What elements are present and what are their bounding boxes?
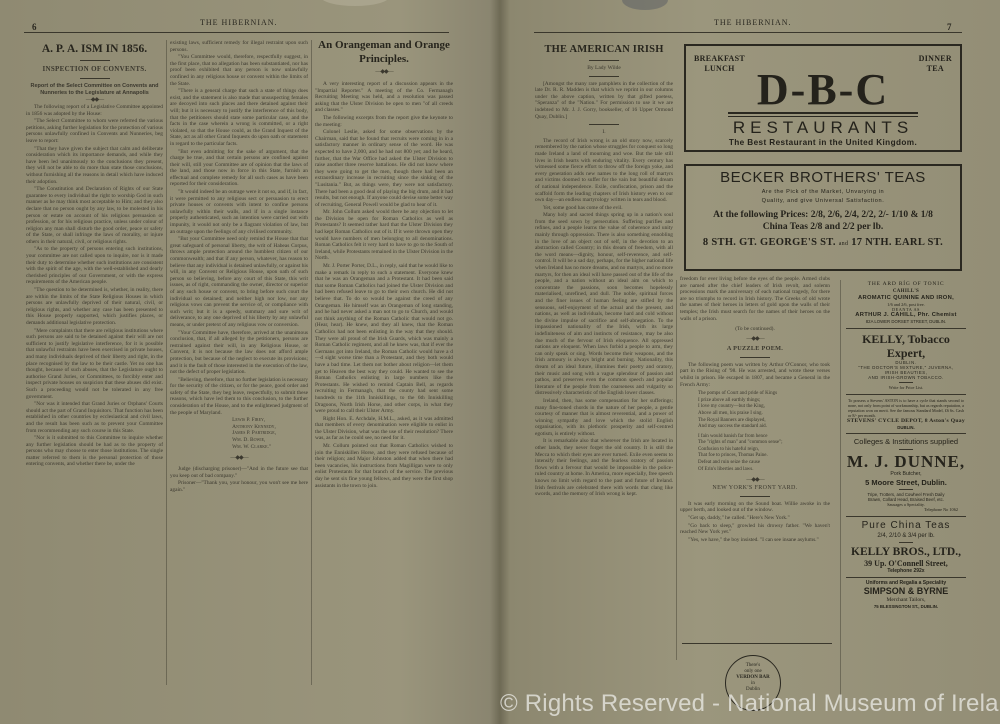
article-apa-ism: A. P. A. ISM IN 1856. INSPECTION OF CONV… bbox=[26, 40, 163, 720]
ad-kelly-bros: Pure China Teas 2/4, 2/10 & 3/4 per lb. … bbox=[846, 517, 966, 578]
divider bbox=[899, 489, 913, 490]
continued-note: (To be continued). bbox=[680, 326, 830, 333]
poem-line: The "rights of man" and "common sense"; bbox=[680, 440, 830, 447]
dbc-underline bbox=[728, 112, 918, 117]
becker-address: 8 STH. GT. GEORGE'S ST. and 17 NTH. EARL… bbox=[686, 236, 960, 251]
page-7: THE HIBERNIAN. 7 THE AMERICAN IRISH By L… bbox=[502, 0, 1000, 724]
headline: A. P. A. ISM IN 1856. bbox=[26, 42, 163, 56]
paragraph: The following report of a Legislative Co… bbox=[26, 104, 163, 117]
paragraph: "Your Committee have, therefore, arrived… bbox=[170, 330, 308, 376]
paragraph: "Believing, therefore, that no further l… bbox=[170, 377, 308, 417]
deck: Report of the Select Committee on Conven… bbox=[26, 83, 163, 96]
simpson-address: 75 BLESSINGTON ST., DUBLIN. bbox=[846, 604, 966, 609]
poem-line: Defeat and ruin seize the cause bbox=[680, 460, 830, 467]
running-head: THE HIBERNIAN. bbox=[714, 18, 792, 27]
section-rule bbox=[682, 643, 832, 644]
stevens-city: DUBLIN. bbox=[846, 425, 966, 430]
paragraph: "There is a general charge that such a s… bbox=[170, 88, 308, 147]
paragraph: Ireland, then, has some compensation for… bbox=[535, 398, 673, 438]
stevens-name: STEVENS' CYCLE DEPOT, 8 Aston's Quay bbox=[846, 418, 966, 425]
kelly-price-list: Write for Price List. bbox=[846, 385, 966, 390]
dbc-logo: D-B-C bbox=[686, 68, 960, 112]
paragraph: The record of Irish wrong is an old stor… bbox=[535, 138, 673, 204]
paragraph: Yet, some good has come of the evil. bbox=[535, 205, 673, 212]
poem-line: And may success the standard aid. bbox=[680, 424, 830, 431]
article-continued: freedom for ever living before the eyes … bbox=[680, 276, 830, 656]
cahill-name: CAHILL'S bbox=[846, 288, 966, 295]
ads-column: THE ARD RÍG OF TONIC CAHILL'S AROMATIC Q… bbox=[846, 278, 966, 612]
divider bbox=[80, 60, 110, 61]
label-dinner: DINNER bbox=[919, 54, 952, 64]
paragraph: A very interesting report of a discussio… bbox=[315, 81, 453, 114]
paragraph: It was early morning on the Sound boat. … bbox=[680, 501, 830, 514]
paragraph: Right Hon. E. Archdale, H.M.L., asked, a… bbox=[315, 416, 453, 442]
poem-line: That foe to princes, Thomas Paine. bbox=[680, 453, 830, 460]
header-rule bbox=[24, 32, 449, 33]
paper-stain bbox=[320, 0, 390, 6]
dunne-phone: Telephone No 1062 bbox=[846, 507, 966, 512]
becker-sub: Are the Pick of the Market, Unvarying in bbox=[686, 189, 960, 196]
joke-line: Judge (discharging prisoner)—"And in the… bbox=[170, 466, 308, 479]
kelly-name: KELLY, Tobacco Expert, bbox=[846, 332, 966, 360]
paragraph: "But your Committee need only remind the… bbox=[170, 236, 308, 328]
signatory: Wm. D. Bowie, bbox=[170, 437, 308, 444]
paragraph: "Nor was it intended that Grand Juries o… bbox=[26, 401, 163, 434]
ad-dbc-restaurants: BREAKFAST LUNCH DINNER TEA D-B-C RESTAUR… bbox=[684, 44, 962, 152]
becker-china: China Teas 2/8 and 2/2 per lb. bbox=[686, 221, 960, 233]
paragraph: "But even admitting for the sake of argu… bbox=[170, 149, 308, 189]
paragraph: Many holy and sacred things spring up in… bbox=[535, 212, 673, 397]
paragraph: Mr. Collum pointed out that Roman Cathol… bbox=[315, 443, 453, 489]
becker-prices: At the following Prices: 2/8, 2/6, 2/4, … bbox=[686, 209, 960, 221]
paragraph: Mr. J. Porter Porter, D.L., in reply, sa… bbox=[315, 263, 453, 415]
paragraph: "The Constitution and Declaration of Rig… bbox=[26, 186, 163, 245]
stevens-body: To possess a Stevens' ASTON is to have a… bbox=[846, 398, 966, 418]
poem-intro: The following poem was written by Arthur… bbox=[680, 362, 830, 388]
poem-line: I fain would banish far from hence bbox=[680, 434, 830, 441]
simpson-name: SIMPSON & BYRNE bbox=[846, 586, 966, 597]
ornament: —◆◆— bbox=[315, 68, 453, 76]
dunne-colleges: Colleges & Institutions supplied bbox=[846, 437, 966, 447]
ornament: —◆◆— bbox=[680, 476, 830, 484]
running-head: THE HIBERNIAN. bbox=[200, 18, 278, 27]
article-orangeman: An Orangeman and Orange Principles. —◆◆—… bbox=[315, 38, 453, 718]
simpson-trade: Merchant Tailors, bbox=[846, 597, 966, 604]
paragraph: Mr. John Collum asked would there be any… bbox=[315, 209, 453, 262]
signatory: Lewis P. Firey, bbox=[170, 417, 308, 424]
paragraph: freedom for ever living before the eyes … bbox=[680, 276, 830, 322]
newspaper-spread: 6 THE HIBERNIAN. A. P. A. ISM IN 1856. I… bbox=[0, 0, 1000, 724]
paragraph: "The question to be determined is, wheth… bbox=[26, 287, 163, 327]
kelly-product: AND IRISH-GROWN TOBACCO. bbox=[846, 375, 966, 380]
becker-address-2: 17 NTH. EARL ST. bbox=[851, 237, 943, 248]
article-apa-ism-continued: existing laws, sufficient remedy for ill… bbox=[170, 40, 308, 720]
becker-sub: Quality, and give Universal Satisfaction… bbox=[686, 198, 960, 205]
divider bbox=[899, 382, 913, 383]
paragraph: "It would indeed be an outrage were it n… bbox=[170, 189, 308, 235]
becker-address-1: 8 STH. GT. GEORGE'S ST. bbox=[703, 237, 836, 248]
becker-title: BECKER BROTHERS' TEAS bbox=[686, 166, 960, 187]
ad-cahill: THE ARD RÍG OF TONIC CAHILL'S AROMATIC Q… bbox=[846, 278, 966, 329]
paragraph: "As to the property of persons entering … bbox=[26, 246, 163, 286]
poem-line: The pomps of Court and pride of Kings bbox=[680, 391, 830, 398]
paragraph: Colonel Leslie, asked for some observati… bbox=[315, 129, 453, 208]
signatory: James P. Partridge, bbox=[170, 430, 308, 437]
paragraph: existing laws, sufficient remedy for ill… bbox=[170, 40, 308, 53]
divider bbox=[80, 78, 110, 79]
cahill-product: AROMATIC QUININE AND IRON, bbox=[846, 295, 966, 302]
page-6: 6 THE HIBERNIAN. A. P. A. ISM IN 1856. I… bbox=[0, 0, 498, 724]
cahill-chemist: ARTHUR J. CAHILL, Phr. Chemist bbox=[846, 312, 966, 319]
joke-line: Prisoner—"Thank you, your honour, you wo… bbox=[170, 480, 308, 493]
poem-line: The Royal Banners are displayed, bbox=[680, 418, 830, 425]
page-number: 6 bbox=[32, 22, 37, 32]
byline: By Lady Wilde bbox=[535, 65, 673, 72]
paragraph: The following excerpts from the report g… bbox=[315, 115, 453, 128]
editorial-intro: [Amongst the many rare pamphlets in the … bbox=[535, 81, 673, 121]
cahill-tonic: THE ARD RÍG OF TONIC bbox=[846, 281, 966, 288]
ad-becker-teas: BECKER BROTHERS' TEAS Are the Pick of th… bbox=[684, 164, 962, 271]
paragraph: "Mere complaints that there are religiou… bbox=[26, 328, 163, 401]
divider bbox=[589, 76, 619, 77]
poem-line: Above all men, his praise I sing. bbox=[680, 411, 830, 418]
paragraph: "Get up, daddy," he called. "Here's New … bbox=[680, 515, 830, 522]
ad-dunne: Colleges & Institutions supplied M. J. D… bbox=[846, 434, 966, 517]
dbc-restaurants: RESTAURANTS bbox=[686, 119, 960, 137]
paragraph: "That they have given the subject that c… bbox=[26, 146, 163, 186]
kellybros-product: Pure China Teas bbox=[846, 520, 966, 532]
paper-stain bbox=[622, 0, 668, 10]
ad-simpson-byrne: Uniforms and Regalia a Speciality SIMPSO… bbox=[846, 578, 966, 612]
ornament: —◆◆— bbox=[680, 335, 830, 343]
ornament: —◆◆— bbox=[26, 96, 163, 104]
section-number: I. bbox=[535, 129, 673, 136]
paragraph: "You Committee would, therefore, respect… bbox=[170, 54, 308, 87]
becker-and: and bbox=[839, 241, 849, 247]
ornament: —◆◆— bbox=[170, 454, 308, 462]
divider bbox=[899, 542, 913, 543]
divider bbox=[589, 124, 619, 125]
header-rule bbox=[534, 32, 962, 33]
headline: THE AMERICAN IRISH bbox=[535, 43, 673, 56]
dbc-tagline: The Best Restaurant in the United Kingdo… bbox=[686, 138, 960, 147]
dunne-address: 5 Moore Street, Dublin. bbox=[846, 478, 966, 487]
paragraph: "The Select Committee to whom were refer… bbox=[26, 118, 163, 144]
paragraph: "Go back to sleep," growled his drowsy f… bbox=[680, 523, 830, 536]
signatory: Wm. W. Clarke." bbox=[170, 444, 308, 451]
divider bbox=[740, 496, 770, 497]
page-number: 7 bbox=[947, 22, 952, 32]
dunne-name: M. J. DUNNE, bbox=[846, 452, 966, 471]
kellybros-phone: Telephone 292x bbox=[846, 569, 966, 574]
subheadline: INSPECTION OF CONVENTS. bbox=[26, 65, 163, 74]
poem-headline: A PUZZLE POEM. bbox=[680, 344, 830, 353]
poem-line: Confusion to his hateful reign, bbox=[680, 447, 830, 454]
poem-line: Of Erin's liberties and laws. bbox=[680, 467, 830, 474]
poem-stanza-1: The pomps of Court and pride of Kings I … bbox=[680, 391, 830, 431]
label-breakfast: BREAKFAST bbox=[694, 54, 745, 64]
signatory: Anthony Kennedy, bbox=[170, 424, 308, 431]
divider bbox=[740, 357, 770, 358]
divider bbox=[589, 60, 619, 61]
copyright-watermark: © Rights Reserved - National Museum of I… bbox=[500, 690, 1000, 718]
paragraph: "Yes, we have," the boy insisted. "I can… bbox=[680, 537, 830, 544]
kellybros-name: KELLY BROS., LTD., bbox=[846, 545, 966, 559]
poem-line: I love my country—but the King, bbox=[680, 404, 830, 411]
column-rule bbox=[676, 280, 677, 660]
column-rule bbox=[840, 280, 841, 700]
ad-stevens-cycle: To possess a Stevens' ASTON is to have a… bbox=[846, 395, 966, 434]
column-rule bbox=[166, 40, 167, 685]
paragraph: "Nor is it submitted to this Committee t… bbox=[26, 435, 163, 468]
cahill-address: 82A LOWER DORSET STREET, DUBLIN. bbox=[846, 319, 966, 324]
ad-kelly-tobacco: KELLY, Tobacco Expert, DUBLIN. "THE DOCT… bbox=[846, 329, 966, 395]
divider bbox=[899, 449, 913, 450]
anecdote-headline: NEW YORK'S FRONT YARD. bbox=[680, 485, 830, 492]
dunne-trade: Pork Butcher, bbox=[846, 471, 966, 478]
column-rule bbox=[311, 40, 312, 685]
poem-line: I prize above all earthly things; bbox=[680, 398, 830, 405]
article-american-irish: THE AMERICAN IRISH By Lady Wilde [Amongs… bbox=[535, 40, 673, 680]
paragraph: It is remarkable also that wherever the … bbox=[535, 438, 673, 497]
poem-stanza-2: I fain would banish far from hence The "… bbox=[680, 434, 830, 474]
headline: An Orangeman and Orange Principles. bbox=[315, 38, 453, 66]
kellybros-prices: 2/4, 2/10 & 3/4 per lb. bbox=[846, 532, 966, 540]
